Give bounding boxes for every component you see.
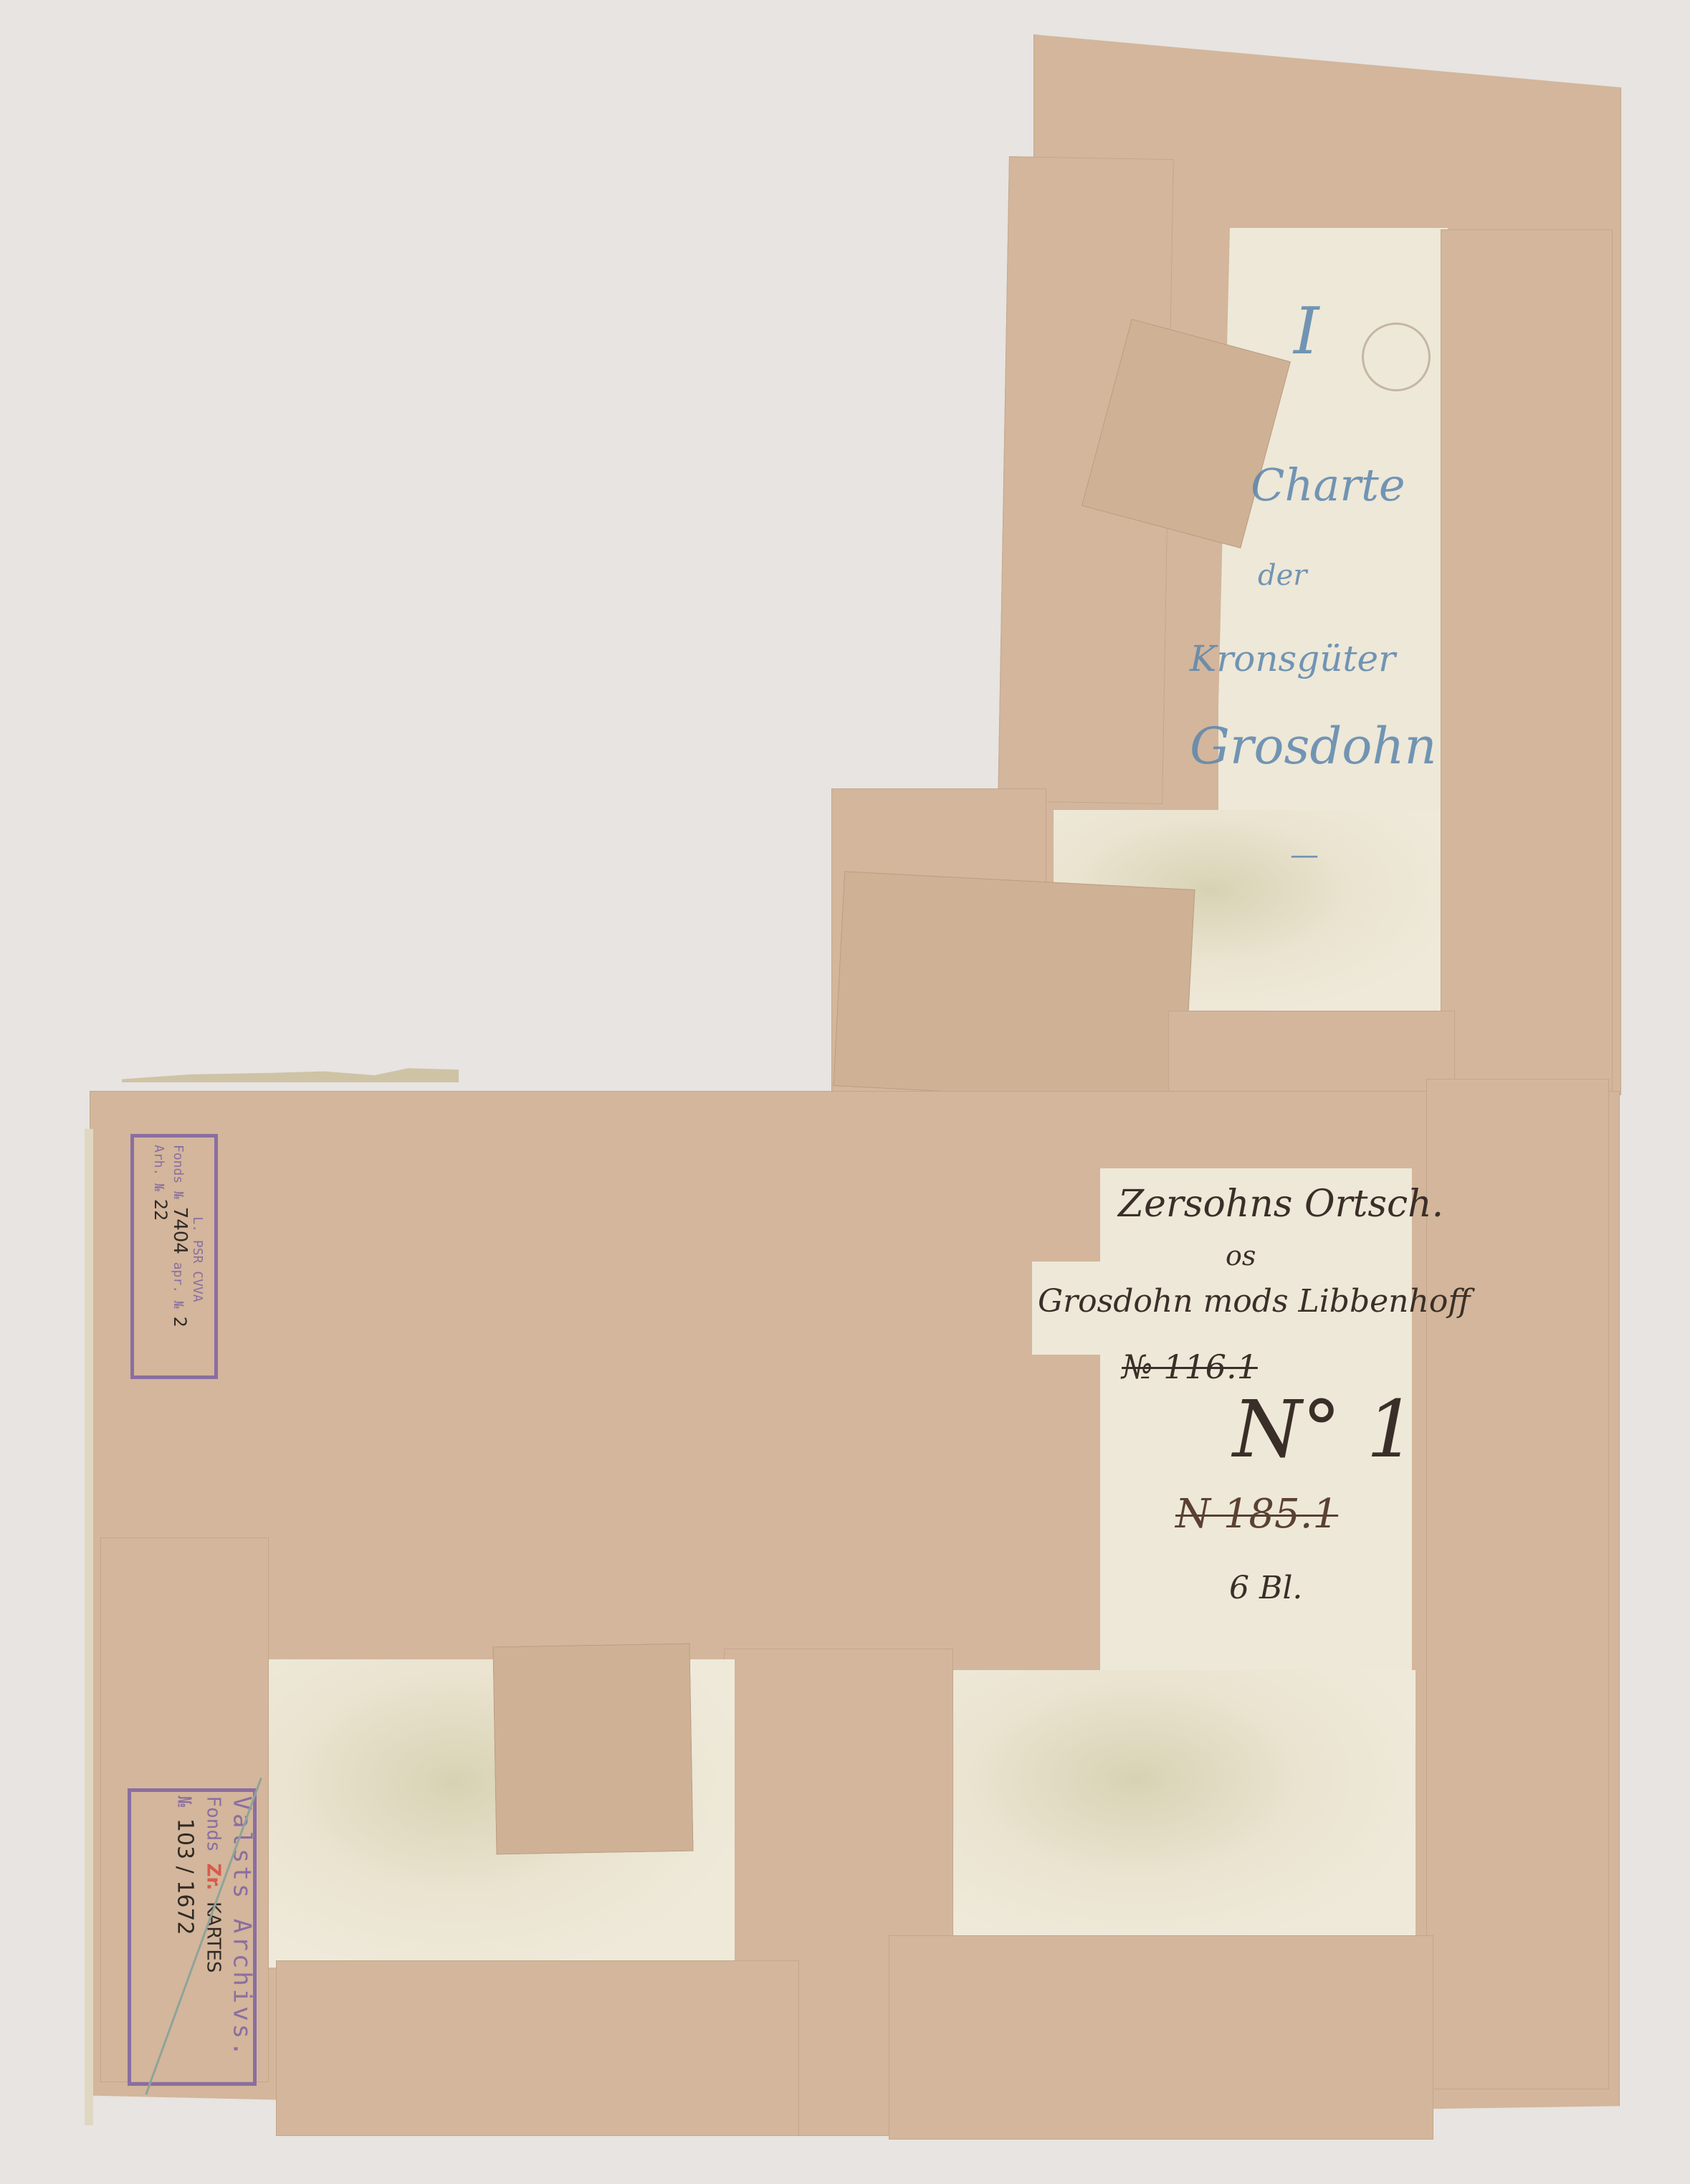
stamp-valsts-number: № 103 / 1672	[170, 1796, 199, 2087]
old-number-185: N 185.1	[1175, 1491, 1338, 1537]
sheet-count: 6 Bl.	[1229, 1570, 1302, 1606]
stamp-valsts-fonds: Fonds Zr. KARTES	[199, 1796, 228, 2087]
small-square-tape	[492, 1644, 693, 1855]
blue-note-line3: der	[1258, 559, 1307, 592]
old-number-116: № 116.1	[1122, 1348, 1258, 1386]
right-edge-tape	[1426, 1079, 1609, 2089]
stamp-valsts-archivs: Valsts Archivs. Fonds Zr. KARTES № 103 /…	[128, 1788, 257, 2086]
right-vertical-tape	[1441, 229, 1613, 1097]
left-edge-paper	[85, 1129, 93, 2125]
center-tilted-tape	[833, 871, 1195, 1104]
bottom-horizontal-tape-right	[889, 1935, 1433, 2140]
stamp-valsts-header: Valsts Archivs.	[228, 1796, 257, 2087]
blue-note-line2: Charte	[1251, 459, 1405, 511]
circle-mark	[1362, 323, 1431, 391]
stamp-lpsr-header: L. PSR CVVA	[188, 1145, 206, 1374]
lower-right-parchment	[950, 1670, 1416, 1942]
blue-note-line6: —	[1290, 839, 1319, 872]
stamp-lpsr-cvva: L. PSR CVVA Fonds № 7404 apr. № 2 Arh. №…	[130, 1134, 218, 1379]
stamp-lpsr-arh: Arh. № 22	[150, 1145, 169, 1374]
map-number: N° 1	[1233, 1383, 1416, 1475]
blue-note-line4: Kronsgüter	[1190, 638, 1395, 679]
title-line2: os	[1226, 1240, 1256, 1272]
bottom-horizontal-tape-left	[276, 1960, 799, 2136]
stamp-lpsr-fonds: Fonds № 7404 apr. № 2	[169, 1145, 188, 1374]
torn-top-edge	[122, 1067, 459, 1082]
blue-note-numeral: I	[1294, 294, 1319, 369]
stamp-lpsr-fonds-value: 7404	[169, 1207, 191, 1254]
blue-note-line5: Grosdohn	[1190, 717, 1437, 776]
title-line3: Grosdohn mods Libbenhoff	[1038, 1283, 1471, 1320]
title-line1: Zersohns Ortsch.	[1118, 1183, 1443, 1226]
